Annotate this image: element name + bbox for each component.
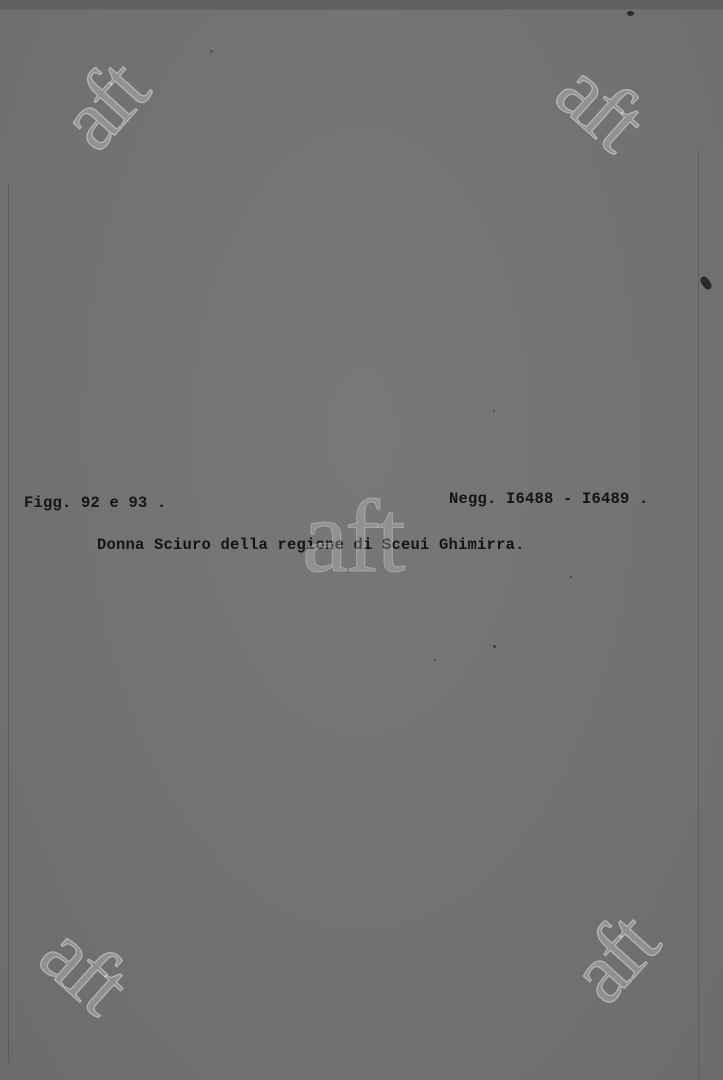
scanned-index-card: aft aft aft aft Figg. 92 e 93 . Negg. I6…: [0, 0, 723, 1080]
dust-speck: [210, 50, 213, 53]
dust-speck: [493, 645, 496, 648]
dust-speck: [434, 659, 436, 661]
aft-watermark-top-left: aft: [44, 46, 163, 164]
right-margin-line: [698, 150, 699, 1080]
aft-watermark-bottom-left: aft: [26, 909, 144, 1028]
negative-reference: Negg. I6488 - I6489 .: [449, 490, 649, 508]
aft-watermark-center: aft: [302, 485, 403, 589]
dust-speck: [699, 275, 714, 291]
dust-speck: [627, 11, 634, 16]
aft-watermark-top-right: aft: [542, 46, 660, 165]
aft-watermark-bottom-right: aft: [554, 899, 673, 1017]
figure-reference: Figg. 92 e 93 .: [24, 494, 167, 512]
left-margin-line: [8, 185, 9, 1065]
card-top-edge: [0, 0, 723, 10]
dust-speck: [570, 576, 572, 578]
dust-speck: [493, 410, 495, 412]
